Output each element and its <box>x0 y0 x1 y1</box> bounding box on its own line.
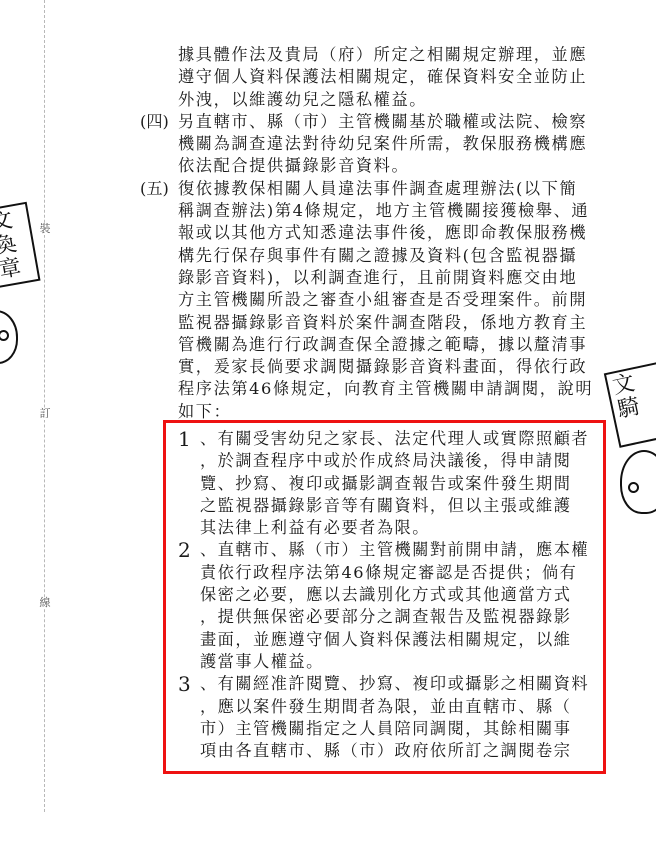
binding-mark-ding: 訂 <box>38 408 52 420</box>
paragraph-continuation-text: 據具體作法及貴局（府）所定之相關規定辦理，並應 遵守個人資料保護法相關規定，確保… <box>143 44 613 111</box>
paragraph-5-label: (五) <box>140 178 169 200</box>
paragraph-4-text: 另直轄市、縣（市）主管機關基於職權或法院、檢察 機關為調查違法對待幼兒案件所需，… <box>143 111 613 178</box>
paragraph-5: (五) 復依據教保相關人員違法事件調查處理辦法(以下簡 稱調查辦法)第4條規定，… <box>143 178 613 423</box>
list-item-number: 2 <box>178 539 191 561</box>
seal-emblem-right-icon <box>620 450 656 514</box>
seal-stamp-right-text: 文 騎 <box>606 363 656 424</box>
paragraph-continuation: 據具體作法及貴局（府）所定之相關規定辦理，並應 遵守個人資料保護法相關規定，確保… <box>143 44 613 111</box>
list-item-1: 1 、有關受害幼兒之家長、法定代理人或實際照顧者 ，於調查程序中或於作成終局決議… <box>178 428 598 539</box>
seal-dot-icon <box>628 482 639 493</box>
seal-dot-icon <box>0 330 9 341</box>
paragraph-5-text: 復依據教保相關人員違法事件調查處理辦法(以下簡 稱調查辦法)第4條規定，地方主管… <box>143 178 613 423</box>
binding-mark-xian: 線 <box>38 597 52 609</box>
paragraph-4-label: (四) <box>140 111 169 133</box>
seal-stamp-left: 文 奐 章 <box>0 202 41 291</box>
list-item-2: 2 、直轄市、縣（市）主管機關對前開申請，應本權 責依行政程序法第46條規定審認… <box>178 539 598 673</box>
paragraph-4: (四) 另直轄市、縣（市）主管機關基於職權或法院、檢察 機關為調查違法對待幼兒案… <box>143 111 613 178</box>
list-item-text: 、直轄市、縣（市）主管機關對前開申請，應本權 責依行政程序法第46條規定審認是否… <box>178 539 598 673</box>
highlighted-items-list: 1 、有關受害幼兒之家長、法定代理人或實際照顧者 ，於調查程序中或於作成終局決議… <box>178 428 598 762</box>
list-item-3: 3 、有關經准許閱覽、抄寫、複印或攝影之相關資料 ，應以案件發生期間者為限，並由… <box>178 673 598 762</box>
list-item-text: 、有關受害幼兒之家長、法定代理人或實際照顧者 ，於調查程序中或於作成終局決議後，… <box>178 428 598 539</box>
seal-stamp-left-text: 文 奐 章 <box>0 204 38 286</box>
list-item-text: 、有關經准許閱覽、抄寫、複印或攝影之相關資料 ，應以案件發生期間者為限，並由直轄… <box>178 673 598 762</box>
binding-mark-zhuang: 裝 <box>38 223 52 235</box>
list-item-number: 3 <box>178 673 191 695</box>
binding-dashed-line <box>44 0 45 812</box>
document-body: 據具體作法及貴局（府）所定之相關規定辦理，並應 遵守個人資料保護法相關規定，確保… <box>143 44 613 423</box>
list-item-number: 1 <box>178 428 191 450</box>
seal-emblem-left-icon <box>0 310 18 364</box>
